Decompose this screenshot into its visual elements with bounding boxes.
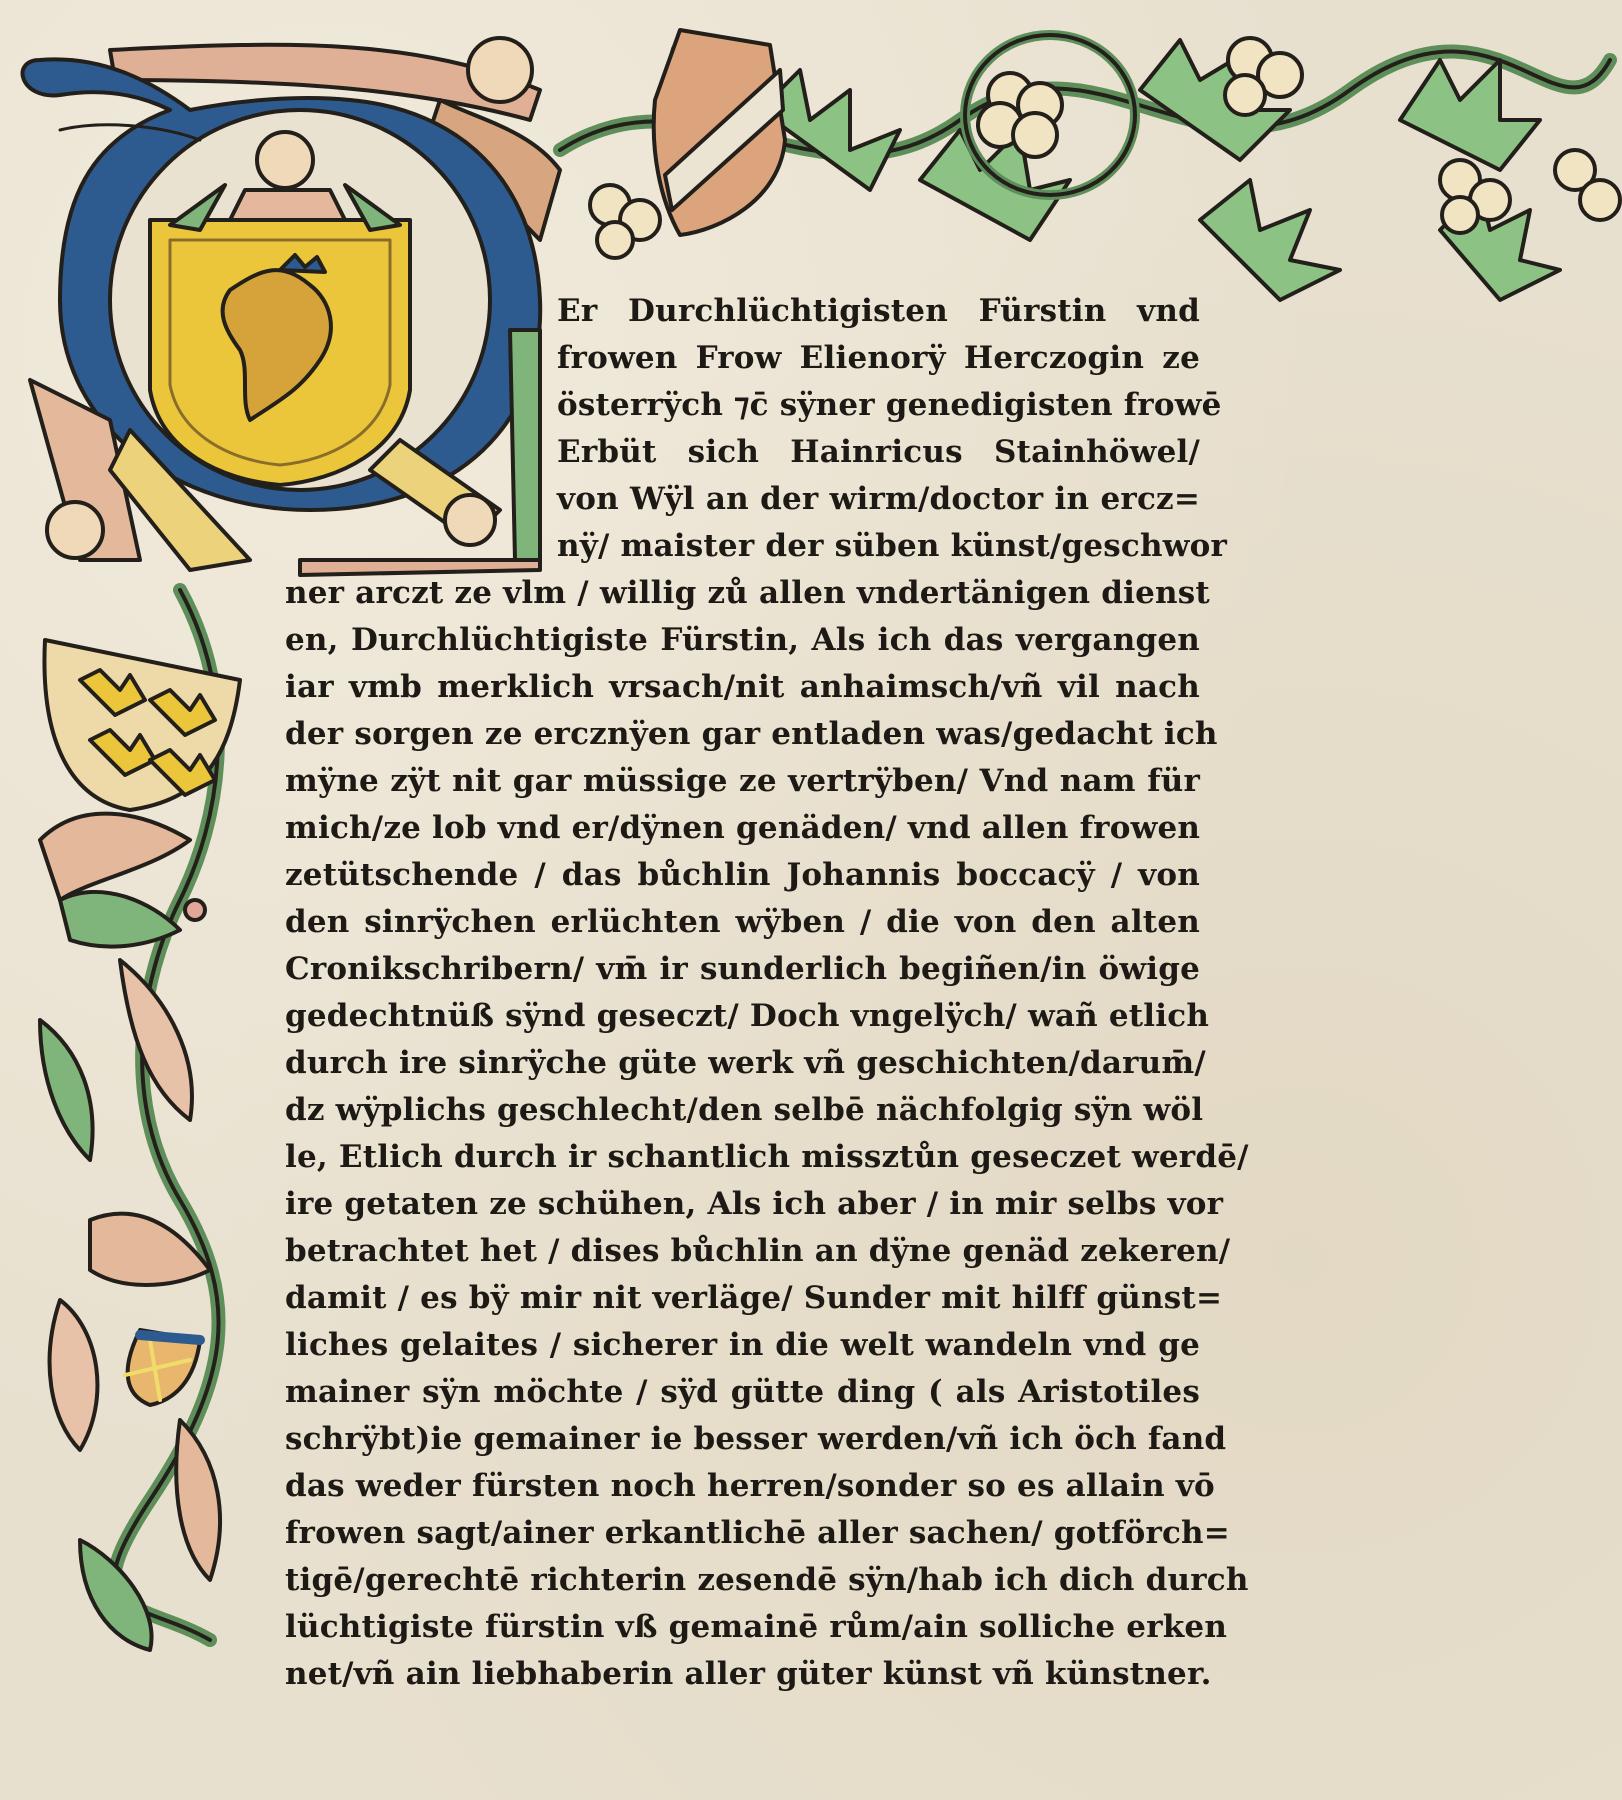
- text-line: dz wÿplichs geschlecht/den selbē nächfol…: [285, 1087, 1200, 1134]
- text-line: Cronikschribern/ vm̄ ir sunderlich begiñ…: [285, 946, 1200, 993]
- text-line: frowen sagt/ainer erkantlichē aller sach…: [285, 1510, 1200, 1557]
- text-line: das weder fürsten noch herren/sonder so …: [285, 1463, 1200, 1510]
- text-line: mÿne zÿt nit gar müssige ze vertrÿben/ V…: [285, 758, 1200, 805]
- text-line: durch ire sinrÿche güte werk vñ geschich…: [285, 1040, 1200, 1087]
- text-line: mich/ze lob vnd er/dÿnen genäden/ vnd al…: [285, 805, 1200, 852]
- text-line: zetütschende / das bůchlin Johannis bocc…: [285, 852, 1200, 899]
- text-line: der sorgen ze ercznÿen gar entladen was/…: [285, 711, 1200, 758]
- text-line: von Wÿl an der wirm/doctor in ercz=: [557, 476, 1200, 523]
- text-line: en, Durchlüchtigiste Fürstin, Als ich da…: [285, 617, 1200, 664]
- text-line: lüchtigiste fürstin vß gemainē rům/ain s…: [285, 1604, 1200, 1651]
- text-line: mainer sÿn möchte / sÿd gütte ding ( als…: [285, 1369, 1200, 1416]
- text-line: Erbüt sich Hainricus Stainhöwel/: [557, 429, 1200, 476]
- text-line: betrachtet het / dises bůchlin an dÿne g…: [285, 1228, 1200, 1275]
- text-line: tigē/gerechtē richterin zesendē sÿn/hab …: [285, 1557, 1200, 1604]
- text-line: gedechtnüß sÿnd geseczt/ Doch vngelÿch/ …: [285, 993, 1200, 1040]
- text-line: le, Etlich durch ir schantlich missztůn …: [285, 1134, 1200, 1181]
- text-line: frowen Frow Elienorÿ Herczogin ze: [557, 335, 1200, 382]
- text-line: ire getaten ze schühen, Als ich aber / i…: [285, 1181, 1200, 1228]
- text-line: iar vmb merklich vrsach/nit anhaimsch/vñ…: [285, 664, 1200, 711]
- text-line: liches gelaites / sicherer in die welt w…: [285, 1322, 1200, 1369]
- text-line: den sinrÿchen erlüchten wÿben / die von …: [285, 899, 1200, 946]
- text-line: net/vñ ain liebhaberin aller güter künst…: [285, 1651, 1200, 1698]
- text-line: österrÿch ⁊c̄ sÿner genedigisten frowē: [557, 382, 1200, 429]
- text-line: ner arczt ze vlm / willig zů allen vnder…: [285, 570, 1200, 617]
- text-line: damit / es bÿ mir nit verläge/ Sunder mi…: [285, 1275, 1200, 1322]
- text-line: schrÿbt)ie gemainer ie besser werden/vñ …: [285, 1416, 1200, 1463]
- text-body: Er Durchlüchtigisten Fürstin vnd frowen …: [0, 0, 1622, 1800]
- text-line: nÿ/ maister der süben künst/geschwor: [557, 523, 1200, 570]
- text-line: Er Durchlüchtigisten Fürstin vnd: [557, 288, 1200, 335]
